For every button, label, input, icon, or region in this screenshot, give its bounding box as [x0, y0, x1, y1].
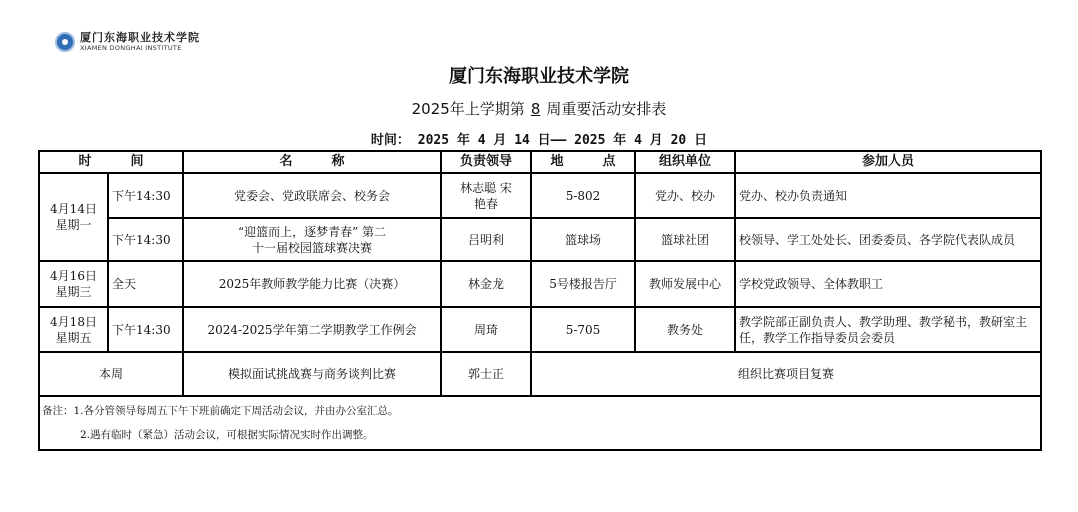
time-cell: 全天 — [108, 261, 183, 307]
participants-cell: 学校党政领导、全体教职工 — [735, 261, 1041, 307]
notes-row: 备注：1.各分管领导每周五下午下班前确定下周活动会议，并由办公室汇总。 2.遇有… — [39, 396, 1041, 450]
leader-cell: 郭士正 — [441, 352, 531, 396]
schedule-table: 时 间 名 称 负责领导 地 点 组织单位 参加人员 4月14日星期一 下午14… — [38, 150, 1042, 451]
subtitle-suffix: 周重要活动安排表 — [546, 100, 666, 118]
leader-cell: 林志聪 宋艳春 — [441, 173, 531, 218]
name-cell: 党委会、党政联席会、校务会 — [183, 173, 441, 218]
participants-cell: 教学院部正副负责人、教学助理、教学秘书，教研室主任，教学工作指导委员会委员 — [735, 307, 1041, 352]
organizer-cell: 党办、校办 — [635, 173, 735, 218]
organizer-cell: 教师发展中心 — [635, 261, 735, 307]
page-title: 厦门东海职业技术学院 — [0, 62, 1078, 88]
date-cell: 4月18日星期五 — [39, 307, 108, 352]
time-cell: 下午14:30 — [108, 173, 183, 218]
name-cell: “迎篮而上，逐梦青春” 第二十一届校园篮球赛决赛 — [183, 218, 441, 261]
date: 4月14日 — [43, 201, 104, 217]
name-cell: 2025年教师教学能力比赛（决赛） — [183, 261, 441, 307]
period-cell: 本周 — [39, 352, 183, 396]
date-range: 时间： 2025 年 4 月 14 日—— 2025 年 4 月 20 日 — [0, 129, 1078, 148]
leader-cell: 周琦 — [441, 307, 531, 352]
table-row: 4月18日星期五 下午14:30 2024-2025学年第二学期教学工作例会 周… — [39, 307, 1041, 352]
header-name: 名 称 — [183, 151, 441, 173]
name-cell: 模拟面试挑战赛与商务谈判比赛 — [183, 352, 441, 396]
date-cell: 4月14日星期一 — [39, 173, 108, 261]
date: 4月18日 — [43, 314, 104, 330]
location-cell: 5号楼报告厅 — [531, 261, 635, 307]
time-cell: 下午14:30 — [108, 218, 183, 261]
header-location: 地 点 — [531, 151, 635, 173]
school-emblem-icon — [55, 32, 75, 52]
participants-cell: 校领导、学工处处长、团委委员、各学院代表队成员 — [735, 218, 1041, 261]
date-cell: 4月16日星期三 — [39, 261, 108, 307]
leader-cell: 林金龙 — [441, 261, 531, 307]
time-cell: 下午14:30 — [108, 307, 183, 352]
subtitle-prefix: 2025年上学期第 — [412, 100, 525, 118]
location-cell: 5-802 — [531, 173, 635, 218]
table-row: 4月16日星期三 全天 2025年教师教学能力比赛（决赛） 林金龙 5号楼报告厅… — [39, 261, 1041, 307]
table-row: 下午14:30 “迎篮而上，逐梦青春” 第二十一届校园篮球赛决赛 吕明利 篮球场… — [39, 218, 1041, 261]
logo-name-cn: 厦门东海职业技术学院 — [80, 32, 200, 43]
weekday: 星期一 — [43, 217, 104, 233]
participants-cell: 党办、校办负责通知 — [735, 173, 1041, 218]
remark-cell: 组织比赛项目复赛 — [531, 352, 1041, 396]
location-cell: 5-705 — [531, 307, 635, 352]
date: 4月16日 — [43, 268, 104, 284]
location-cell: 篮球场 — [531, 218, 635, 261]
table-row: 4月14日星期一 下午14:30 党委会、党政联席会、校务会 林志聪 宋艳春 5… — [39, 173, 1041, 218]
school-logo: 厦门东海职业技术学院 XIAMEN DONGHAI INSTITUTE — [55, 32, 200, 52]
name-cell: 2024-2025学年第二学期教学工作例会 — [183, 307, 441, 352]
logo-name-en: XIAMEN DONGHAI INSTITUTE — [80, 45, 200, 52]
header-time: 时 间 — [39, 151, 183, 173]
notes-cell: 备注：1.各分管领导每周五下午下班前确定下周活动会议，并由办公室汇总。 2.遇有… — [39, 396, 1041, 450]
note-1: 备注：1.各分管领导每周五下午下班前确定下周活动会议，并由办公室汇总。 — [42, 399, 1038, 423]
leader-cell: 吕明利 — [441, 218, 531, 261]
note-2: 2.遇有临时（紧急）活动会议，可根据实际情况实时作出调整。 — [42, 423, 1038, 447]
header-organizer: 组织单位 — [635, 151, 735, 173]
organizer-cell: 教务处 — [635, 307, 735, 352]
schedule-subtitle: 2025年上学期第8周重要活动安排表 — [0, 98, 1078, 119]
weekday: 星期五 — [43, 330, 104, 346]
header-participants: 参加人员 — [735, 151, 1041, 173]
weekday: 星期三 — [43, 284, 104, 300]
organizer-cell: 篮球社团 — [635, 218, 735, 261]
table-header-row: 时 间 名 称 负责领导 地 点 组织单位 参加人员 — [39, 151, 1041, 173]
header-leader: 负责领导 — [441, 151, 531, 173]
week-number: 8 — [525, 100, 547, 118]
table-row: 本周 模拟面试挑战赛与商务谈判比赛 郭士正 组织比赛项目复赛 — [39, 352, 1041, 396]
